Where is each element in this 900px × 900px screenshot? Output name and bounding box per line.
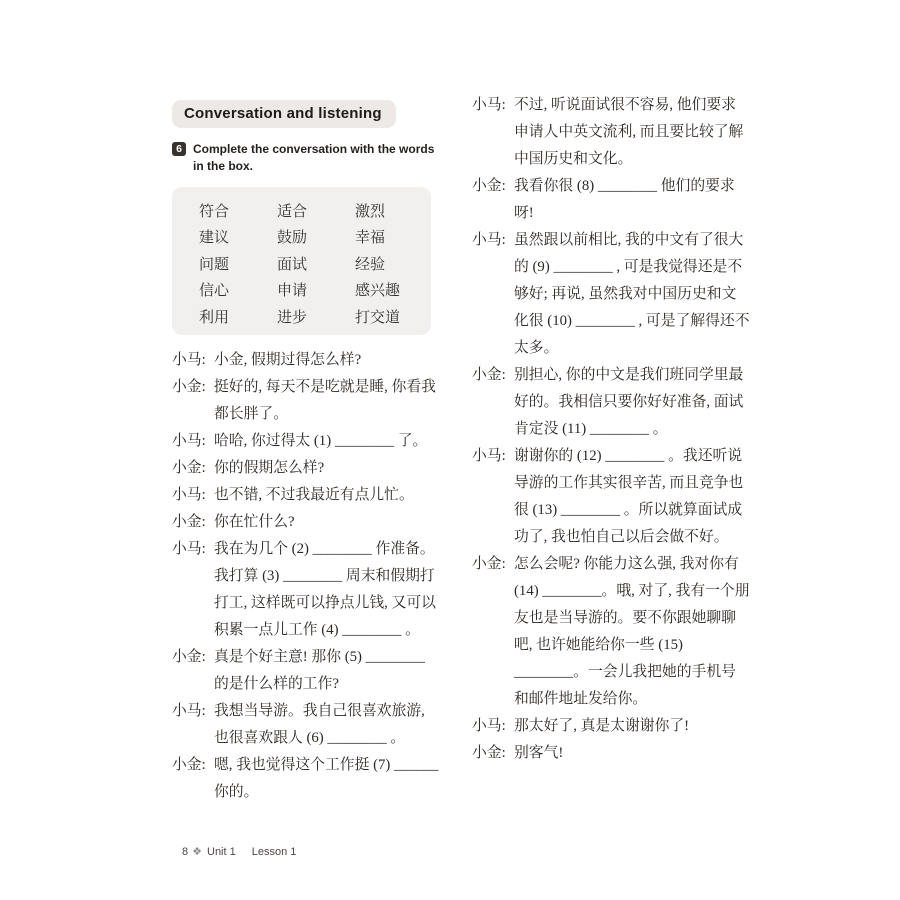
word-item: 感兴趣: [355, 279, 431, 300]
section-header: Conversation and listening: [172, 100, 396, 128]
page-number: 8: [182, 846, 188, 858]
word-item: 适合: [277, 200, 355, 221]
left-column: Conversation and listening 6 Complete th…: [172, 100, 440, 806]
word-item: 进步: [277, 306, 355, 327]
footer-unit-label: Unit 1: [207, 846, 236, 858]
word-item: 利用: [199, 306, 277, 327]
dialogue-text: 我在为几个 (2) ________ 作准备。我打算 (3) ________ …: [214, 541, 436, 638]
dialogue-turn: 小马:我想当导游。我自己很喜欢旅游, 也很喜欢跟人 (6) ________ 。: [172, 698, 440, 752]
speaker-label: 小马:: [172, 482, 206, 509]
dialogue-turn: 小金:别担心, 你的中文是我们班同学里最好的。我相信只要你好好准备, 面试肯定没…: [472, 362, 750, 443]
flower-icon: ❖: [192, 845, 202, 858]
word-item: 打交道: [355, 306, 431, 327]
dialogue-text: 你的假期怎么样?: [214, 460, 324, 476]
word-item: 激烈: [355, 200, 431, 221]
dialogue-text: 也不错, 不过我最近有点儿忙。: [214, 487, 414, 503]
word-item: 申请: [277, 279, 355, 300]
dialogue-turn: 小马:也不错, 不过我最近有点儿忙。: [172, 482, 440, 509]
dialogue-text: 别客气!: [514, 745, 563, 761]
exercise-instruction-text: Complete the conversation with the words…: [193, 142, 434, 173]
textbook-page: Conversation and listening 6 Complete th…: [0, 0, 900, 900]
dialogue-turn: 小马:虽然跟以前相比, 我的中文有了很大的 (9) ________ , 可是我…: [472, 227, 750, 362]
speaker-label: 小马:: [172, 536, 206, 563]
speaker-label: 小金:: [172, 752, 206, 779]
dialogue-text: 嗯, 我也觉得这个工作挺 (7) ______ 你的。: [214, 757, 438, 800]
dialogue-turn: 小金:别客气!: [472, 740, 750, 767]
speaker-label: 小马:: [172, 347, 206, 374]
word-item: 幸福: [355, 226, 431, 247]
dialogue-turn: 小金:你在忙什么?: [172, 509, 440, 536]
speaker-label: 小马:: [172, 698, 206, 725]
speaker-label: 小马:: [472, 92, 506, 119]
dialogue-text: 谢谢你的 (12) ________ 。我还听说导游的工作其实很辛苦, 而且竞争…: [514, 448, 743, 545]
word-item: 建议: [199, 226, 277, 247]
speaker-label: 小金:: [172, 455, 206, 482]
dialogue-text: 小金, 假期过得怎么样?: [214, 352, 361, 368]
dialogue-turn: 小金:我看你很 (8) ________ 他们的要求呀!: [472, 173, 750, 227]
dialogue-turn: 小马:那太好了, 真是太谢谢你了!: [472, 713, 750, 740]
section-title: Conversation and listening: [184, 105, 382, 122]
dialogue-turn: 小金:真是个好主意! 那你 (5) ________ 的是什么样的工作?: [172, 644, 440, 698]
word-box: 符合适合激烈建议鼓励幸福问题面试经验信心申请感兴趣利用进步打交道: [172, 187, 431, 335]
dialogue-text: 虽然跟以前相比, 我的中文有了很大的 (9) ________ , 可是我觉得还…: [514, 232, 750, 356]
speaker-label: 小金:: [172, 509, 206, 536]
dialogue-text: 怎么会呢? 你能力这么强, 我对你有 (14) ________。哦, 对了, …: [514, 556, 750, 707]
speaker-label: 小马:: [472, 227, 506, 254]
word-item: 符合: [199, 200, 277, 221]
speaker-label: 小马:: [472, 443, 506, 470]
dialogue-turn: 小马:哈哈, 你过得太 (1) ________ 了。: [172, 428, 440, 455]
dialogue-turn: 小金:你的假期怎么样?: [172, 455, 440, 482]
speaker-label: 小马:: [172, 428, 206, 455]
exercise-instruction: 6 Complete the conversation with the wor…: [172, 141, 440, 175]
dialogue-text: 我看你很 (8) ________ 他们的要求呀!: [514, 178, 735, 221]
speaker-label: 小金:: [472, 740, 506, 767]
speaker-label: 小马:: [472, 713, 506, 740]
speaker-label: 小金:: [472, 173, 506, 200]
speaker-label: 小金:: [472, 362, 506, 389]
dialogue-right-column: 小马:不过, 听说面试很不容易, 他们要求申请人中英文流利, 而且要比较了解中国…: [472, 92, 750, 767]
dialogue-text: 我想当导游。我自己很喜欢旅游, 也很喜欢跟人 (6) ________ 。: [214, 703, 425, 746]
dialogue-text: 哈哈, 你过得太 (1) ________ 了。: [214, 433, 427, 449]
dialogue-turn: 小金:挺好的, 每天不是吃就是睡, 你看我都长胖了。: [172, 374, 440, 428]
dialogue-text: 别担心, 你的中文是我们班同学里最好的。我相信只要你好好准备, 面试肯定没 (1…: [514, 367, 743, 437]
dialogue-turn: 小金:怎么会呢? 你能力这么强, 我对你有 (14) ________。哦, 对…: [472, 551, 750, 713]
footer-lesson-label: Lesson 1: [252, 846, 297, 858]
word-item: 经验: [355, 253, 431, 274]
speaker-label: 小金:: [172, 644, 206, 671]
word-item: 面试: [277, 253, 355, 274]
dialogue-turn: 小马:谢谢你的 (12) ________ 。我还听说导游的工作其实很辛苦, 而…: [472, 443, 750, 551]
dialogue-text: 不过, 听说面试很不容易, 他们要求申请人中英文流利, 而且要比较了解中国历史和…: [514, 97, 743, 167]
dialogue-turn: 小马:不过, 听说面试很不容易, 他们要求申请人中英文流利, 而且要比较了解中国…: [472, 92, 750, 173]
dialogue-text: 你在忙什么?: [214, 514, 295, 530]
word-item: 问题: [199, 253, 277, 274]
dialogue-left-column: 小马:小金, 假期过得怎么样?小金:挺好的, 每天不是吃就是睡, 你看我都长胖了…: [172, 347, 440, 806]
page-footer: 8 ❖ Unit 1 Lesson 1: [182, 845, 296, 858]
right-column: 小马:不过, 听说面试很不容易, 他们要求申请人中英文流利, 而且要比较了解中国…: [472, 92, 750, 767]
dialogue-turn: 小马:我在为几个 (2) ________ 作准备。我打算 (3) ______…: [172, 536, 440, 644]
speaker-label: 小金:: [472, 551, 506, 578]
exercise-number-badge: 6: [172, 142, 186, 156]
word-item: 鼓励: [277, 226, 355, 247]
dialogue-turn: 小金:嗯, 我也觉得这个工作挺 (7) ______ 你的。: [172, 752, 440, 806]
dialogue-text: 那太好了, 真是太谢谢你了!: [514, 718, 689, 734]
speaker-label: 小金:: [172, 374, 206, 401]
dialogue-text: 真是个好主意! 那你 (5) ________ 的是什么样的工作?: [214, 649, 425, 692]
dialogue-turn: 小马:小金, 假期过得怎么样?: [172, 347, 440, 374]
word-item: 信心: [199, 279, 277, 300]
dialogue-text: 挺好的, 每天不是吃就是睡, 你看我都长胖了。: [214, 379, 436, 422]
